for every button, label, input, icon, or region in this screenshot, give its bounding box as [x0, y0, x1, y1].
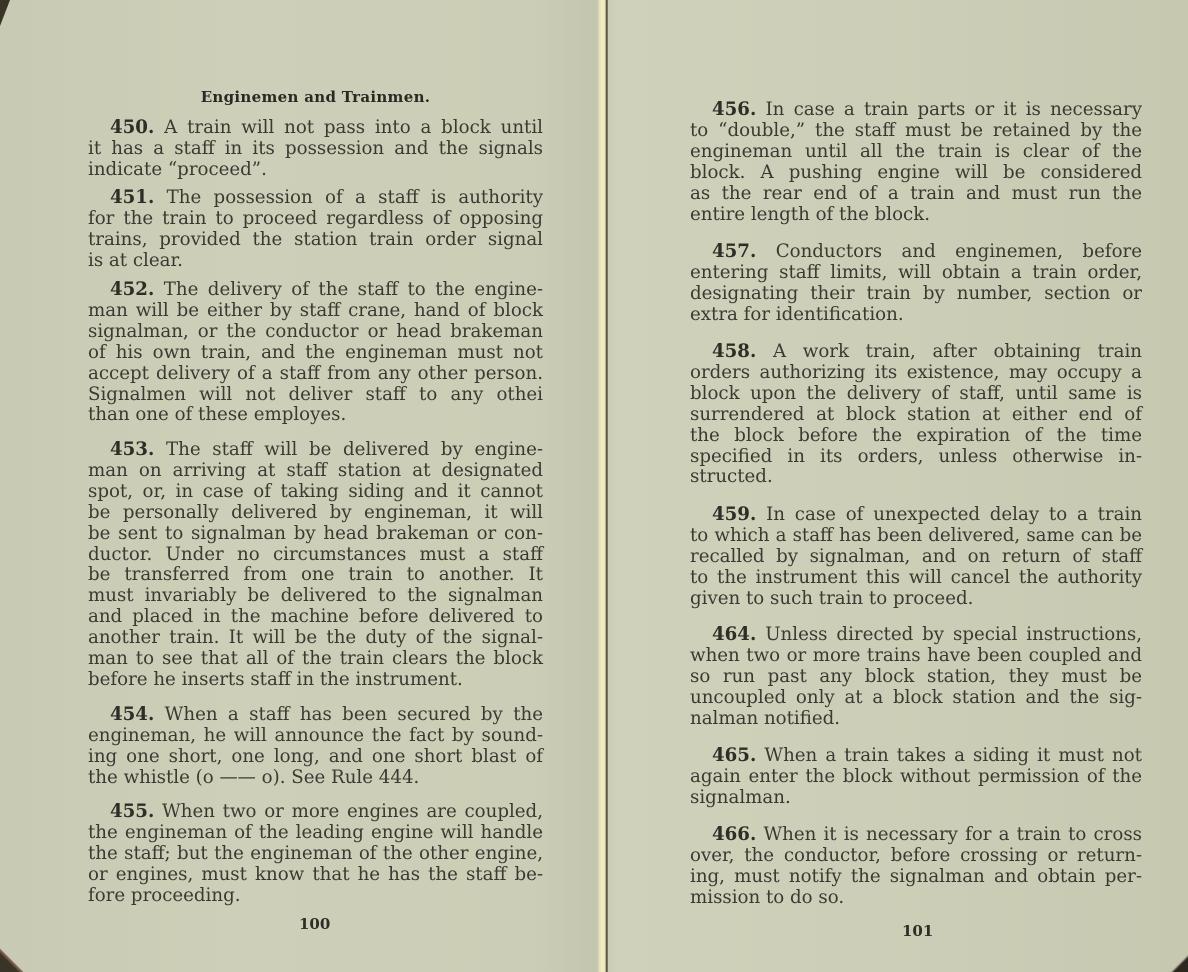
- rule-line: 451. The possession of a staff is author…: [88, 188, 543, 209]
- rule-line: indicate “proceed”.: [88, 160, 543, 181]
- rule-line: orders authorizing its existence, may oc…: [690, 363, 1142, 384]
- page-number: 100: [299, 915, 330, 933]
- rule-465: 465. When a train takes a siding it must…: [690, 746, 1142, 809]
- rule-line: the engineman of the leading engine will…: [88, 823, 543, 844]
- rule-line: entire length of the block.: [690, 205, 1142, 226]
- rule-line: ing one short, one long, and one short b…: [88, 747, 543, 768]
- rule-line: the block before the expiration of the t…: [690, 426, 1142, 447]
- rule-451: 451. The possession of a staff is author…: [88, 188, 543, 272]
- rule-line: 452. The delivery of the staff to the en…: [88, 280, 543, 301]
- running-head: Enginemen and Trainmen.: [88, 88, 543, 106]
- rule-line: when two or more trains have been couple…: [690, 646, 1142, 667]
- rule-line: specified in its orders, unless otherwis…: [690, 447, 1142, 468]
- rule-line: mission to do so.: [690, 888, 1142, 909]
- book-cover-corner: [1164, 952, 1188, 972]
- rule-number: 466.: [712, 824, 756, 845]
- rule-line: to “double,” the staff must be retained …: [690, 121, 1142, 142]
- rule-line: to the instrument this will cancel the a…: [690, 568, 1142, 589]
- rule-number: 452.: [110, 279, 154, 300]
- rule-452: 452. The delivery of the staff to the en…: [88, 280, 543, 426]
- rule-line: man on arriving at staff station at desi…: [88, 461, 543, 482]
- rule-number: 464.: [712, 624, 756, 645]
- rule-line: accept delivery of a staff from any othe…: [88, 364, 543, 385]
- rule-line: 454. When a staff has been secured by th…: [88, 705, 543, 726]
- rule-number: 450.: [110, 117, 154, 138]
- rule-line: nalman notified.: [690, 709, 1142, 730]
- rule-line: man to see that all of the train clears …: [88, 649, 543, 670]
- book-spine: [598, 0, 608, 972]
- rule-line: 455. When two or more engines are couple…: [88, 802, 543, 823]
- book-spread: Enginemen and Trainmen. 450. A train wil…: [0, 0, 1188, 972]
- rule-line: entering staff limits, will obtain a tra…: [690, 263, 1142, 284]
- rule-number: 459.: [712, 504, 756, 525]
- page-number: 101: [902, 922, 933, 940]
- rule-number: 465.: [712, 745, 756, 766]
- rule-line: block upon the delivery of staff, until …: [690, 384, 1142, 405]
- rule-line: signalman.: [690, 788, 1142, 809]
- rule-line: to which a staff has been delivered, sam…: [690, 526, 1142, 547]
- rule-line: than one of these employes.: [88, 405, 543, 426]
- rule-line: 453. The staff will be delivered by engi…: [88, 440, 543, 461]
- rule-459: 459. In case of unexpected delay to a tr…: [690, 505, 1142, 610]
- rule-line: surrendered at block station at either e…: [690, 405, 1142, 426]
- rule-line: again enter the block without permission…: [690, 767, 1142, 788]
- rule-line: the staff; but the engineman of the othe…: [88, 844, 543, 865]
- book-cover-corner: [0, 0, 10, 26]
- rule-line: 450. A train will not pass into a block …: [88, 118, 543, 139]
- rule-line: fore proceeding.: [88, 886, 543, 907]
- rule-line: Signalmen will not deliver staff to any …: [88, 385, 543, 406]
- rule-line: 466. When it is necessary for a train to…: [690, 825, 1142, 846]
- book-cover-corner: [0, 942, 30, 972]
- rule-line: of his own train, and the engineman must…: [88, 343, 543, 364]
- rule-line: man will be either by staff crane, hand …: [88, 301, 543, 322]
- rule-line: block. A pushing engine will be consider…: [690, 163, 1142, 184]
- rule-line: over, the conductor, before crossing or …: [690, 846, 1142, 867]
- rule-line: it has a staff in its possession and the…: [88, 139, 543, 160]
- rule-455: 455. When two or more engines are couple…: [88, 802, 543, 907]
- rule-line: and placed in the machine before deliver…: [88, 607, 543, 628]
- rule-line: as the rear end of a train and must run …: [690, 184, 1142, 205]
- rule-line: engineman, he will announce the fact by …: [88, 726, 543, 747]
- rule-line: 457. Conductors and enginemen, before: [690, 242, 1142, 263]
- rule-number: 455.: [110, 801, 154, 822]
- rule-line: for the train to proceed regardless of o…: [88, 209, 543, 230]
- rule-line: signalman, or the conductor or head brak…: [88, 322, 543, 343]
- rule-line: recalled by signalman, and on return of …: [690, 547, 1142, 568]
- rule-line: the whistle (o —— o). See Rule 444.: [88, 768, 543, 789]
- rule-number: 456.: [712, 99, 756, 120]
- rule-line: spot, or, in case of taking siding and i…: [88, 482, 543, 503]
- rule-457: 457. Conductors and enginemen, before en…: [690, 242, 1142, 326]
- rule-line: 465. When a train takes a siding it must…: [690, 746, 1142, 767]
- rule-number: 457.: [712, 241, 756, 262]
- rule-line: another train. It will be the duty of th…: [88, 628, 543, 649]
- rule-line: be personally delivered by engineman, it…: [88, 503, 543, 524]
- left-page: Enginemen and Trainmen. 450. A train wil…: [88, 0, 543, 972]
- rule-line: 458. A work train, after obtaining train: [690, 342, 1142, 363]
- rule-line: 459. In case of unexpected delay to a tr…: [690, 505, 1142, 526]
- rule-number: 458.: [712, 341, 756, 362]
- rule-number: 453.: [110, 439, 154, 460]
- rule-line: trains, provided the station train order…: [88, 230, 543, 251]
- rule-458: 458. A work train, after obtaining train…: [690, 342, 1142, 488]
- rule-line: be transferred from one train to another…: [88, 565, 543, 586]
- rule-line: structed.: [690, 467, 1142, 488]
- rule-line: before he inserts staff in the instrumen…: [88, 670, 543, 691]
- rule-line: must invariably be delivered to the sign…: [88, 586, 543, 607]
- rule-number: 454.: [110, 704, 154, 725]
- right-page: 456. In case a train parts or it is nece…: [690, 0, 1142, 972]
- rule-line: or engines, must know that he has the st…: [88, 865, 543, 886]
- rule-456: 456. In case a train parts or it is nece…: [690, 100, 1142, 225]
- rule-450: 450. A train will not pass into a block …: [88, 118, 543, 181]
- rule-line: is at clear.: [88, 251, 543, 272]
- rule-line: uncoupled only at a block station and th…: [690, 688, 1142, 709]
- rule-line: extra for identification.: [690, 305, 1142, 326]
- rule-line: ductor. Under no circumstances must a st…: [88, 545, 543, 566]
- rule-line: so run past any block station, they must…: [690, 667, 1142, 688]
- rule-line: ing, must notify the signalman and obtai…: [690, 867, 1142, 888]
- rule-466: 466. When it is necessary for a train to…: [690, 825, 1142, 909]
- rule-line: be sent to signalman by head brakeman or…: [88, 524, 543, 545]
- rule-line: given to such train to proceed.: [690, 589, 1142, 610]
- rule-454: 454. When a staff has been secured by th…: [88, 705, 543, 789]
- rule-line: 456. In case a train parts or it is nece…: [690, 100, 1142, 121]
- rule-464: 464. Unless directed by special instruct…: [690, 625, 1142, 730]
- rule-453: 453. The staff will be delivered by engi…: [88, 440, 543, 691]
- rule-line: designating their train by number, secti…: [690, 284, 1142, 305]
- rule-number: 451.: [110, 187, 154, 208]
- rule-line: engineman until all the train is clear o…: [690, 142, 1142, 163]
- rule-line: 464. Unless directed by special instruct…: [690, 625, 1142, 646]
